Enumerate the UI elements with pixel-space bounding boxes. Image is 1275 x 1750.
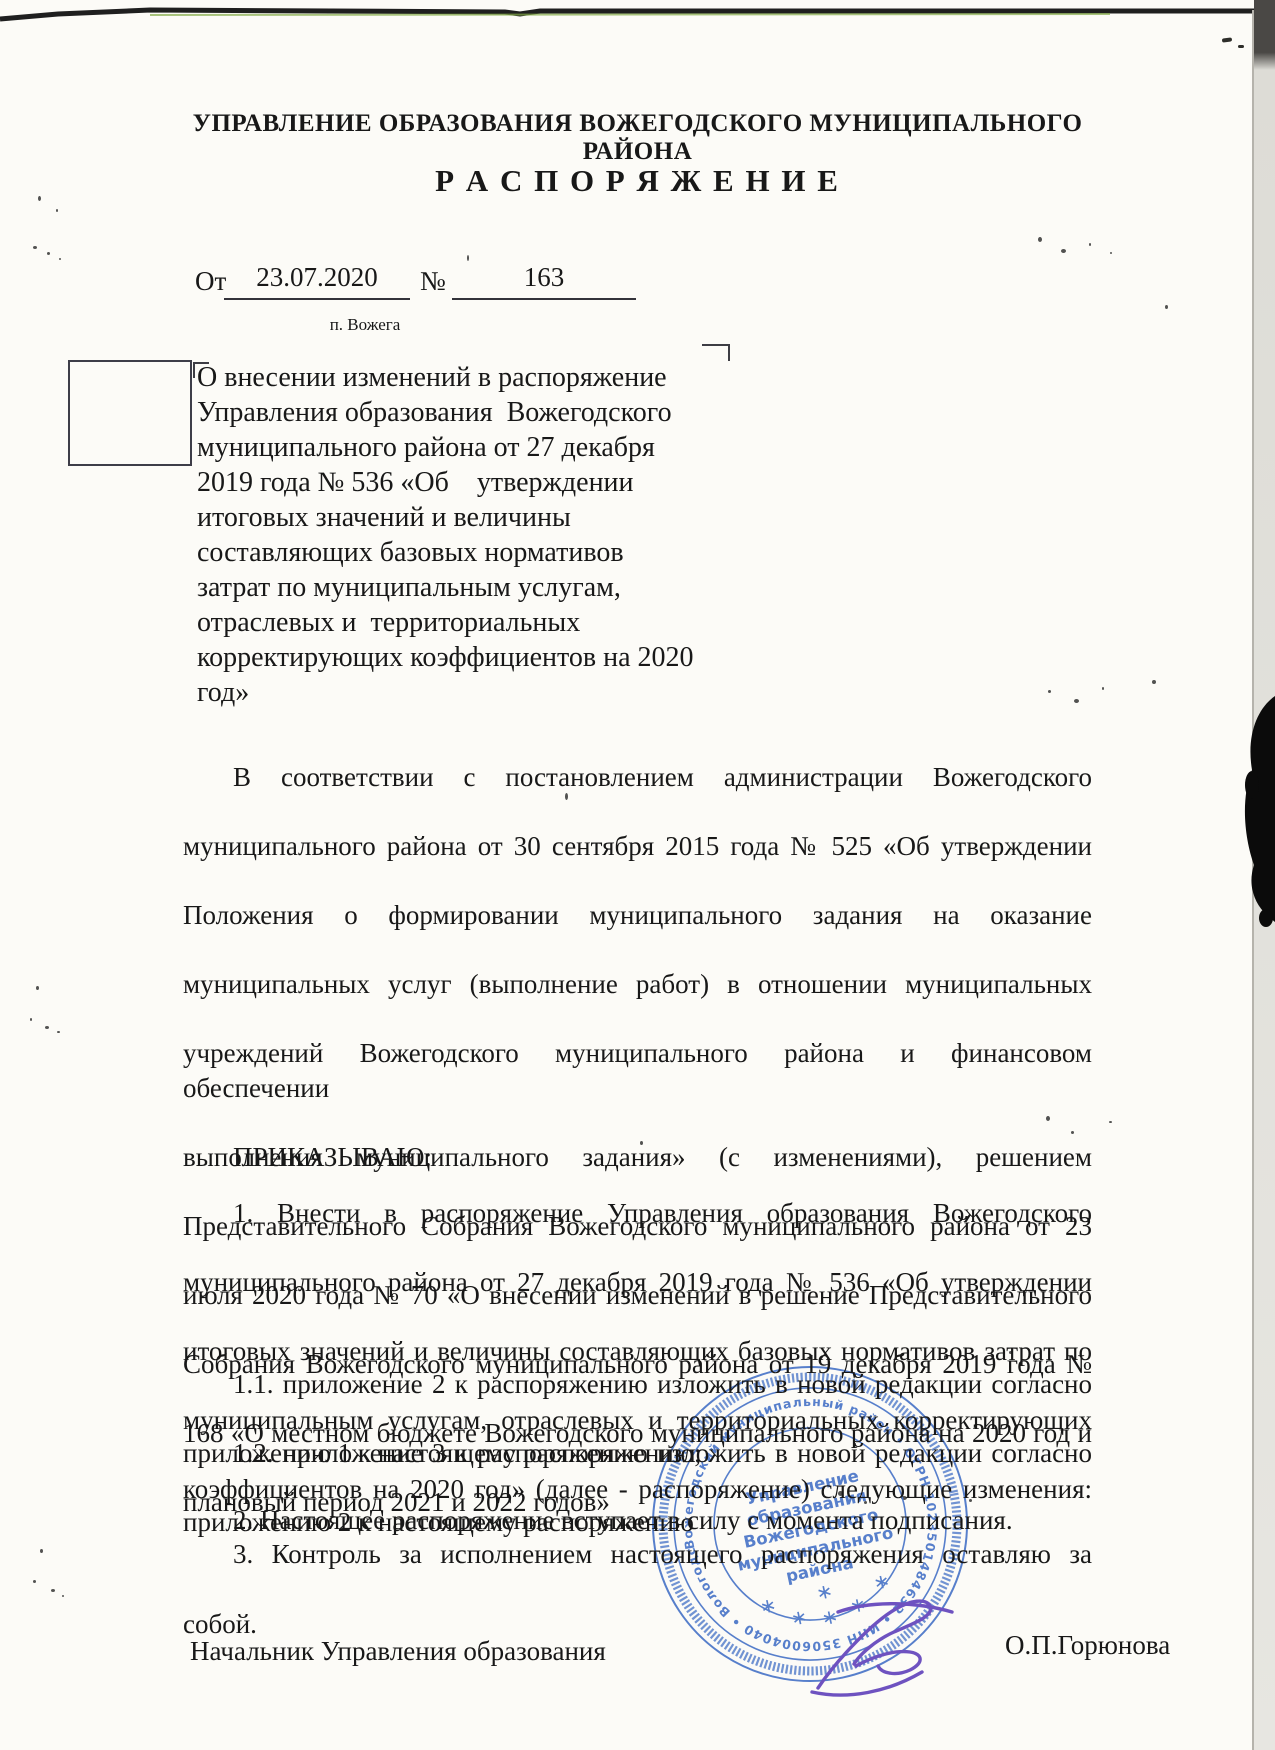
scan-speck: [467, 255, 469, 261]
approval-box: [68, 360, 192, 466]
scan-speck: [1109, 1121, 1112, 1123]
scan-speck: [1061, 249, 1066, 253]
doc-number: 163: [452, 262, 636, 300]
crop-mark-right: [702, 344, 730, 361]
signature-name: О.П.Горюнова: [1005, 1630, 1170, 1661]
number-sign: №: [420, 266, 446, 297]
signature-position: Начальник Управления образования: [190, 1636, 606, 1667]
place-name: п. Вожега: [300, 315, 430, 335]
scan-speck: [30, 1018, 32, 1021]
scan-speck: [56, 209, 58, 212]
scan-mark: [1238, 45, 1244, 48]
subject-block: О внесении изменений в распоряжениеУправ…: [197, 360, 727, 710]
scan-speck: [59, 258, 61, 260]
scan-speck: [1102, 687, 1104, 690]
prikaz-label: ПРИКАЗЫВАЮ:: [183, 1140, 1092, 1175]
handwritten-signature: [790, 1580, 990, 1710]
date-label: От: [195, 266, 226, 297]
scan-speck: [1089, 243, 1091, 246]
scan-black-blob: [1240, 690, 1275, 930]
scan-speck: [57, 1031, 60, 1033]
scan-speck: [36, 986, 39, 990]
scan-speck: [51, 1589, 55, 1592]
scan-speck: [1048, 690, 1051, 693]
doc-type-title: Р А С П О Р Я Ж Е Н И Е: [183, 163, 1092, 199]
date-value: 23.07.2020: [224, 262, 410, 300]
scan-speck: [1165, 305, 1168, 309]
scan-speck: [1152, 680, 1156, 684]
scan-top-edge: [0, 0, 1275, 30]
scan-speck: [40, 1549, 43, 1553]
scan-speck: [47, 252, 50, 255]
scan-speck: [1038, 237, 1042, 242]
scan-speck: [38, 196, 41, 201]
org-title: УПРАВЛЕНИЕ ОБРАЗОВАНИЯ ВОЖЕГОДСКОГО МУНИ…: [183, 110, 1092, 166]
scan-mark: [1222, 37, 1232, 42]
scan-speck: [33, 246, 37, 249]
scan-speck: [33, 1580, 36, 1583]
scan-speck: [62, 1595, 64, 1597]
scan-speck: [45, 1026, 49, 1029]
order-item-2: 2. Настоящее распоряжение вступает в сил…: [183, 1503, 1092, 1538]
scan-speck: [1110, 252, 1112, 254]
scan-speck: [1074, 699, 1079, 703]
